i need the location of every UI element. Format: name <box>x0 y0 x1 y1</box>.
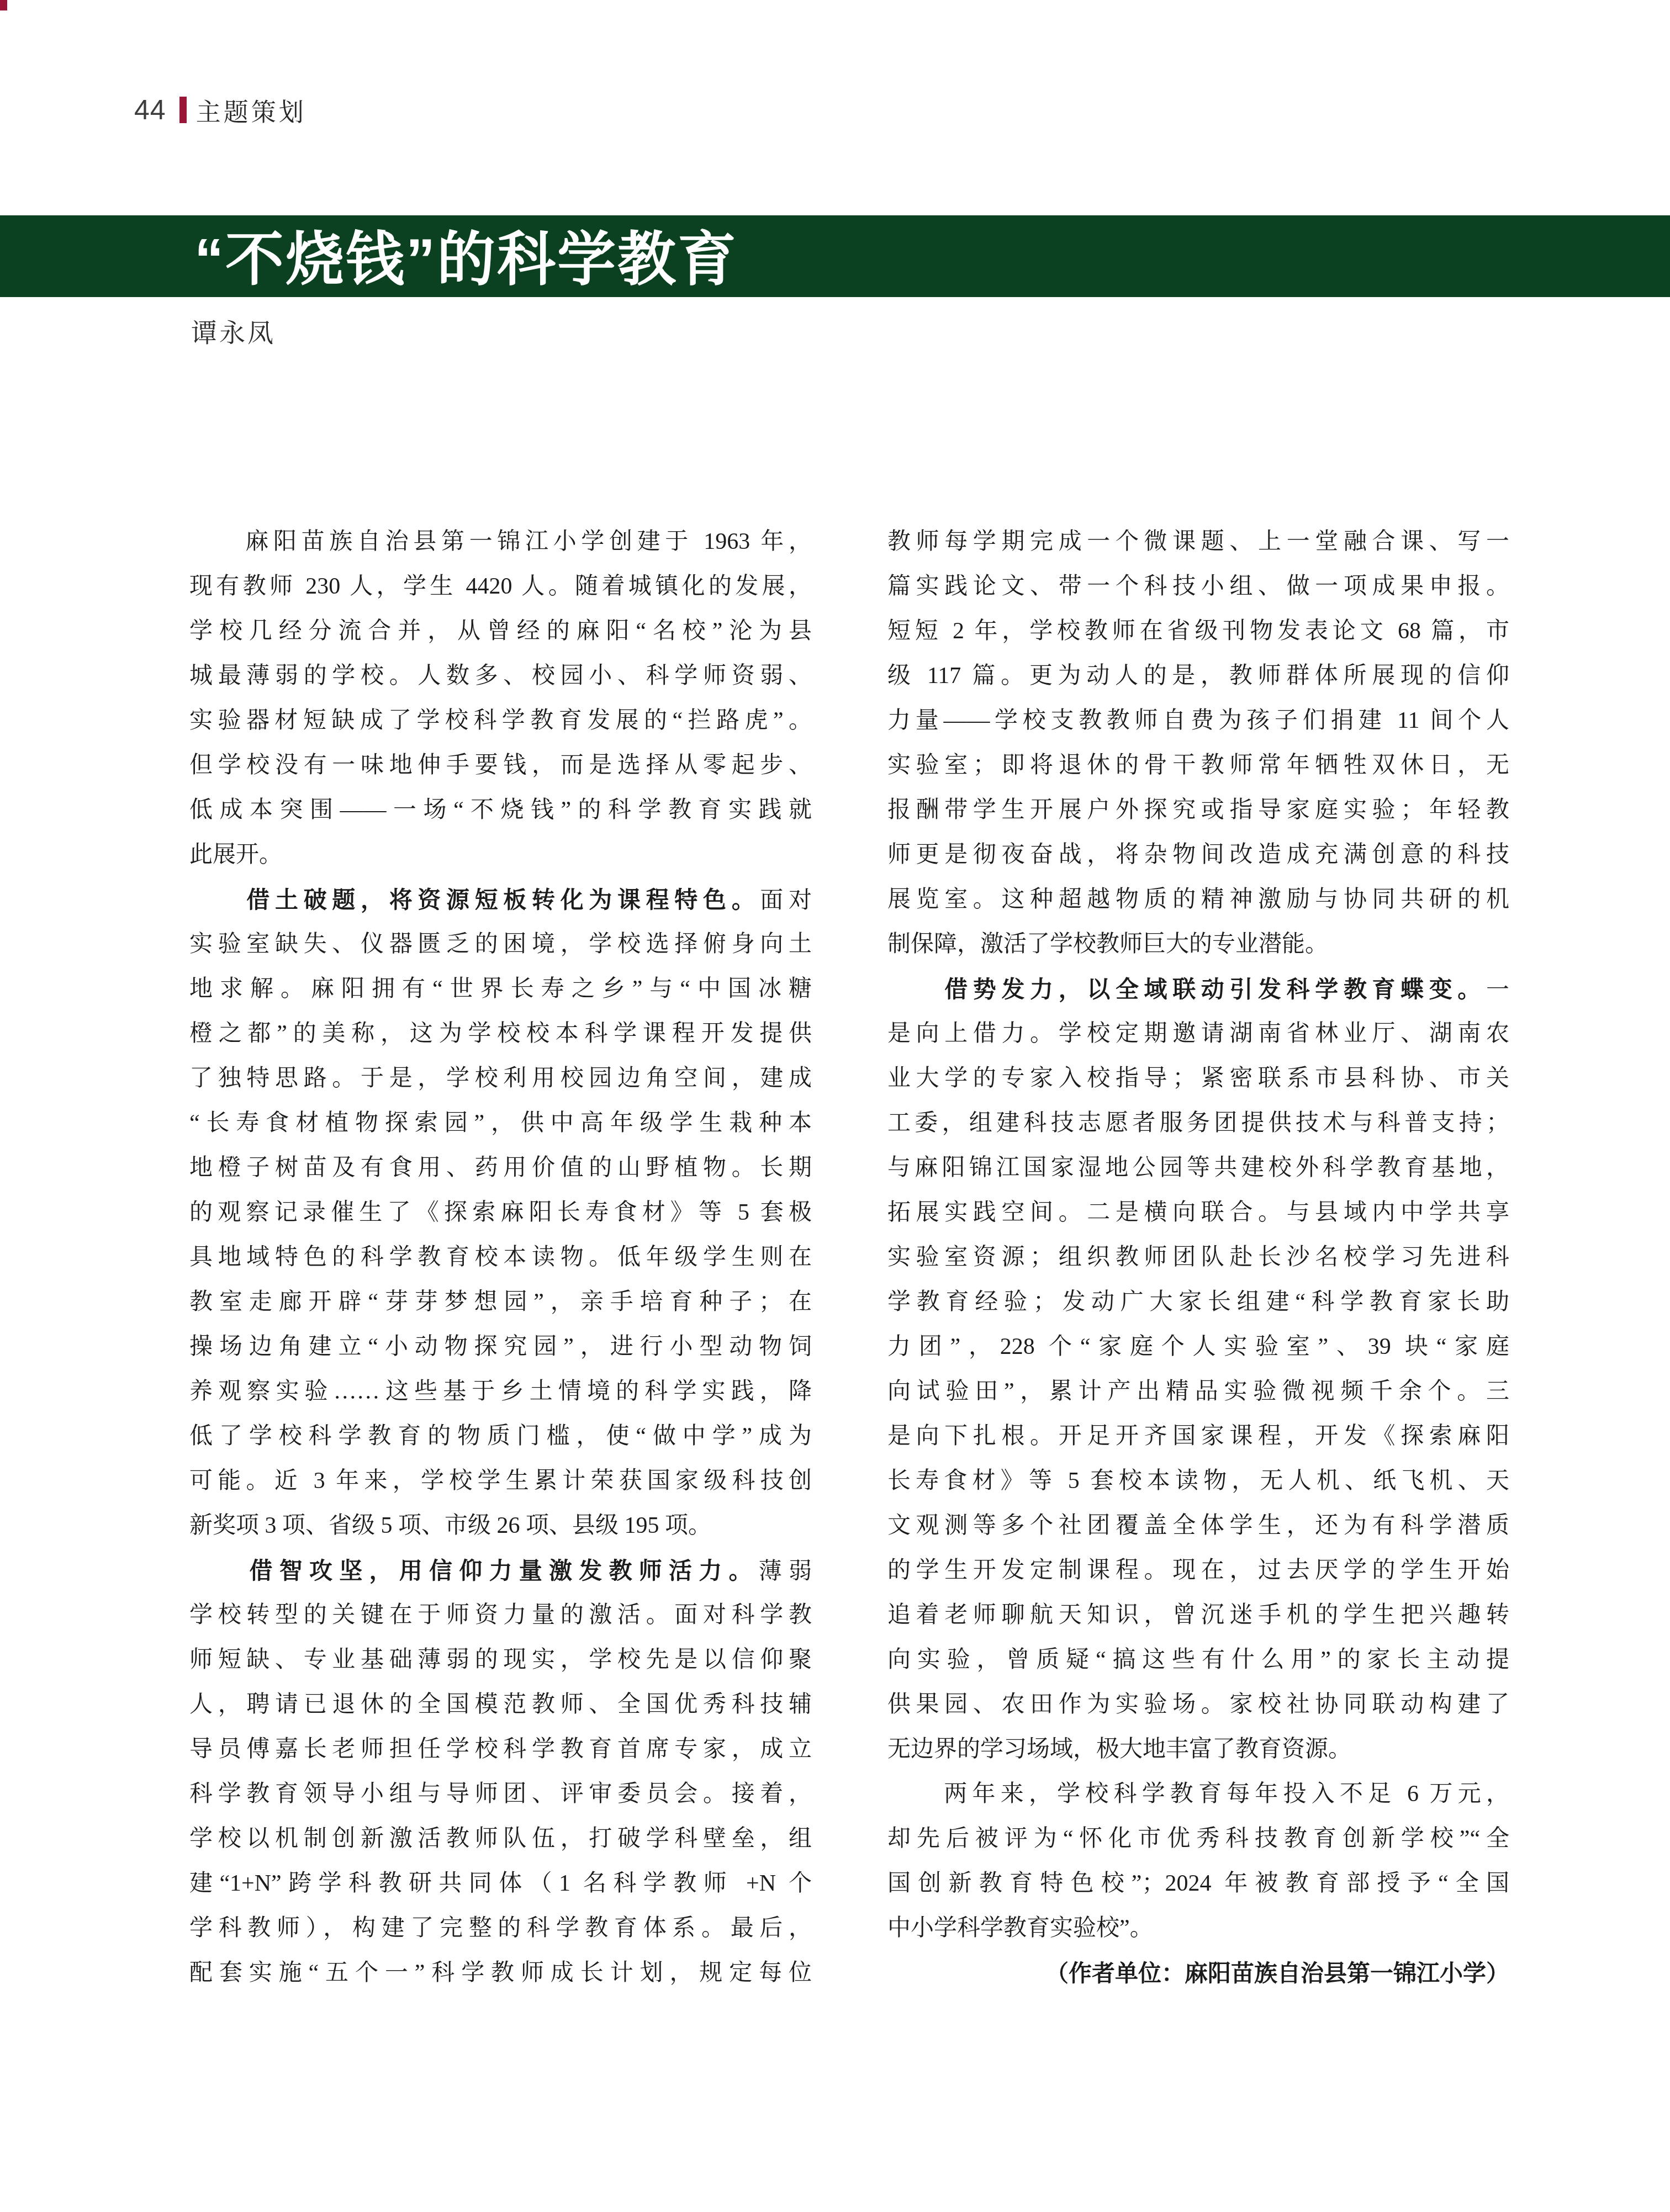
text-line: 师更是彻夜奋战，将杂物间改造成充满创意的科技 <box>887 833 1509 877</box>
text-line: 地橙子树苗及有食用、药用价值的山野植物。长期 <box>189 1146 812 1190</box>
text-line: 教师每学期完成一个微课题、上一堂融合课、写一 <box>887 520 1509 564</box>
text-line: 向实验，曾质疑“搞这些有什么用”的家长主动提 <box>887 1638 1509 1682</box>
text-line: 工委，组建科技志愿者服务团提供技术与科普支持； <box>887 1101 1509 1146</box>
text-line: 橙之都”的美称，这为学校校本科学课程开发提供 <box>189 1012 812 1056</box>
text-line: 人，聘请已退休的全国模范教师、全国优秀科技辅 <box>189 1682 812 1727</box>
text-line: 可能。近 3 年来，学校学生累计荣获国家级科技创 <box>189 1459 812 1504</box>
text-line: 配套实施“五个一”科学教师成长计划，规定每位 <box>189 1951 812 1996</box>
text-line: 实验室资源；组织教师团队赴长沙名校学习先进科 <box>887 1235 1509 1280</box>
text-line: 学校转型的关键在于师资力量的激活。面对科学教 <box>189 1593 812 1638</box>
bold-run: 借土破题，将资源短板转化为课程特色。 <box>189 887 760 913</box>
text-line: 学校几经分流合并，从曾经的麻阳“名校”沦为县 <box>189 609 812 654</box>
title-banner: “不烧钱”的科学教育 <box>0 215 1670 297</box>
text-line: 借势发力，以全域联动引发科学教育蝶变。一 <box>887 967 1509 1012</box>
text-line: 的学生开发定制课程。现在，过去厌学的学生开始 <box>887 1548 1509 1593</box>
bold-run: （作者单位：麻阳苗族自治县第一锦江小学） <box>1045 1960 1509 1986</box>
text-line: 业大学的专家入校指导；紧密联系市县科协、市关 <box>887 1056 1509 1101</box>
text-line: 却先后被评为“怀化市优秀科技教育创新学校”“全 <box>887 1817 1509 1861</box>
text-line: 城最薄弱的学校。人数多、校园小、科学师资弱、 <box>189 654 812 698</box>
text-line: 报酬带学生开展户外探究或指导家庭实验；年轻教 <box>887 788 1509 833</box>
text-line: 但学校没有一味地伸手要钱，而是选择从零起步、 <box>189 743 812 788</box>
page-number: 44 <box>134 94 166 126</box>
text-line: 力量——学校支教教师自费为孩子们捐建 11 间个人 <box>887 698 1509 743</box>
text-line: 教室走廊开辟“芽芽梦想园”，亲手培育种子；在 <box>189 1280 812 1325</box>
author-name: 谭永凤 <box>191 313 276 350</box>
text-line: 学校以机制创新激活教师队伍，打破学科壁垒，组 <box>189 1817 812 1861</box>
text-line: 学科教师），构建了完整的科学教育体系。最后， <box>189 1906 812 1951</box>
text-line: 文观测等多个社团覆盖全体学生，还为有科学潜质 <box>887 1504 1509 1548</box>
text-line: 制保障，激活了学校教师巨大的专业潜能。 <box>887 922 1509 967</box>
text-line: 追着老师聊航天知识，曾沉迷手机的学生把兴趣转 <box>887 1593 1509 1638</box>
section-divider-bar <box>179 97 187 123</box>
bold-run: 借势发力，以全域联动引发科学教育蝶变。 <box>887 976 1486 1002</box>
text-line: “长寿食材植物探索园”，供中高年级学生栽种本 <box>189 1101 812 1146</box>
text-line: 实验室；即将退休的骨干教师常年牺牲双休日，无 <box>887 743 1509 788</box>
text-line: 是向上借力。学校定期邀请湖南省林业厅、湖南农 <box>887 1012 1509 1056</box>
article-column-left: 麻阳苗族自治县第一锦江小学创建于 1963 年，现有教师 230 人，学生 44… <box>189 520 812 1996</box>
text-line: 现有教师 230 人，学生 4420 人。随着城镇化的发展， <box>189 564 812 609</box>
page-header: 44 主题策划 <box>134 93 306 127</box>
text-line: 低成本突围——一场“不烧钱”的科学教育实践就 <box>189 788 812 833</box>
text-line: 供果园、农田作为实验场。家校社协同联动构建了 <box>887 1682 1509 1727</box>
text-line: 科学教育领导小组与导师团、评审委员会。接着， <box>189 1772 812 1817</box>
text-line: 无边界的学习场域，极大地丰富了教育资源。 <box>887 1727 1509 1772</box>
text-line: 拓展实践空间。二是横向联合。与县域内中学共享 <box>887 1190 1509 1235</box>
text-line: 中小学科学教育实验校”。 <box>887 1906 1509 1951</box>
text-line: 借智攻坚，用信仰力量激发教师活力。薄弱 <box>189 1548 812 1593</box>
bold-run: 借智攻坚，用信仰力量激发教师活力。 <box>189 1558 759 1584</box>
magazine-page: 44 主题策划 “不烧钱”的科学教育 谭永凤 麻阳苗族自治县第一锦江小学创建于 … <box>0 0 1670 2212</box>
text-line: 两年来，学校科学教育每年投入不足 6 万元， <box>887 1772 1509 1817</box>
text-line: 麻阳苗族自治县第一锦江小学创建于 1963 年， <box>189 520 812 564</box>
text-line: 篇实践论文、带一个科技小组、做一项成果申报。 <box>887 564 1509 609</box>
text-line: 力团”，228 个“家庭个人实验室”、39 块“家庭 <box>887 1325 1509 1369</box>
text-line: 实验器材短缺成了学校科学教育发展的“拦路虎”。 <box>189 698 812 743</box>
text-line: 低了学校科学教育的物质门槛，使“做中学”成为 <box>189 1414 812 1459</box>
text-line: 了独特思路。于是，学校利用校园边角空间，建成 <box>189 1056 812 1101</box>
text-line: 师短缺、专业基础薄弱的现实，学校先是以信仰聚 <box>189 1638 812 1682</box>
text-line: 向试验田”，累计产出精品实验微视频千余个。三 <box>887 1369 1509 1414</box>
text-line: 具地域特色的科学教育校本读物。低年级学生则在 <box>189 1235 812 1280</box>
text-line: 导员傅嘉长老师担任学校科学教育首席专家，成立 <box>189 1727 812 1772</box>
text-line: 级 117 篇。更为动人的是，教师群体所展现的信仰 <box>887 654 1509 698</box>
text-line: 养观察实验……这些基于乡土情境的科学实践，降 <box>189 1369 812 1414</box>
text-line: 此展开。 <box>189 833 812 877</box>
text-line: 操场边角建立“小动物探究园”，进行小型动物饲 <box>189 1325 812 1369</box>
text-line: 短短 2 年，学校教师在省级刊物发表论文 68 篇，市 <box>887 609 1509 654</box>
text-line: 与麻阳锦江国家湿地公园等共建校外科学教育基地， <box>887 1146 1509 1190</box>
text-line: 的观察记录催生了《探索麻阳长寿食材》等 5 套极 <box>189 1190 812 1235</box>
article-column-right: 教师每学期完成一个微课题、上一堂融合课、写一篇实践论文、带一个科技小组、做一项成… <box>887 520 1509 1996</box>
text-line: 实验室缺失、仪器匮乏的困境，学校选择俯身向土 <box>189 922 812 967</box>
text-line: 地求解。麻阳拥有“世界长寿之乡”与“中国冰糖 <box>189 967 812 1012</box>
text-line: 学教育经验；发动广大家长组建“科学教育家长助 <box>887 1280 1509 1325</box>
text-line: 是向下扎根。开足开齐国家课程，开发《探索麻阳 <box>887 1414 1509 1459</box>
text-line: 借土破题，将资源短板转化为课程特色。面对 <box>189 877 812 922</box>
text-line: 新奖项 3 项、省级 5 项、市级 26 项、县级 195 项。 <box>189 1504 812 1548</box>
text-line: 建“1+N”跨学科教研共同体（1 名科学教师 +N 个 <box>189 1861 812 1906</box>
text-line: 国创新教育特色校”；2024 年被教育部授予“全国 <box>887 1861 1509 1906</box>
text-line: 展览室。这种超越物质的精神激励与协同共研的机 <box>887 877 1509 922</box>
text-line: 长寿食材》等 5 套校本读物，无人机、纸飞机、天 <box>887 1459 1509 1504</box>
corner-accent-mark <box>0 0 7 10</box>
section-title: 主题策划 <box>196 92 306 128</box>
article-title: “不烧钱”的科学教育 <box>194 213 738 297</box>
text-line: （作者单位：麻阳苗族自治县第一锦江小学） <box>887 1951 1509 1996</box>
